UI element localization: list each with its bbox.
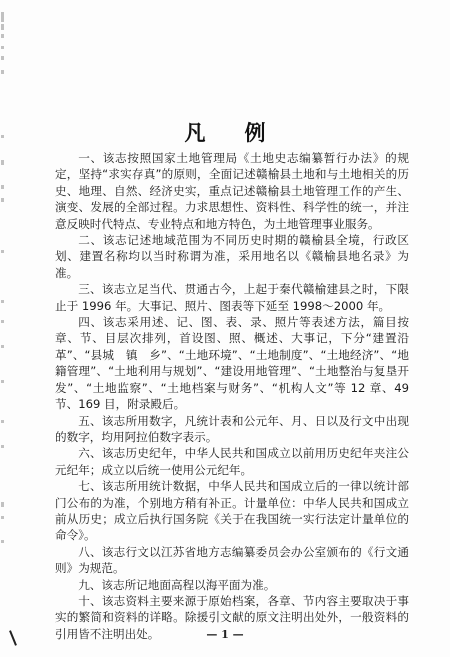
guidelines-body: 一、该志按照国家土地管理局《土地史志编纂暂行办法》的规定，坚持“求实存真”的原则… (55, 150, 409, 642)
title-char-1: 凡 (184, 117, 206, 147)
paragraph-9: 九、该志所记地面高程以海平面为准。 (55, 577, 409, 593)
paragraph-3: 三、该志立足当代、贯通古今，上起于秦代赣榆建县之时，下限止于 1996 年。大事… (55, 281, 409, 314)
scanned-page: 凡例 一、该志按照国家土地管理局《土地史志编纂暂行办法》的规定，坚持“求实存真”… (0, 0, 450, 657)
paragraph-8: 八、该志行文以江苏省地方志编纂委员会办公室颁布的《行文通则》为规范。 (55, 544, 409, 577)
paragraph-6: 六、该志历史纪年，中华人民共和国成立以前用历史纪年夹注公元纪年；成立以后统一使用… (55, 445, 409, 478)
title-char-2: 例 (244, 117, 266, 147)
page-number: — 1 — (0, 628, 450, 641)
page-title: 凡例 (0, 117, 450, 147)
paragraph-1: 一、该志按照国家土地管理局《土地史志编纂暂行办法》的规定，坚持“求实存真”的原则… (55, 150, 409, 232)
paragraph-5: 五、该志所用数字，凡统计表和公元年、月、日以及行文中出现的数字，均用阿拉伯数字表… (55, 413, 409, 446)
paragraph-4: 四、该志采用述、记、图、表、录、照片等表述方法，篇目按章、节、目层次排列，首设图… (55, 314, 409, 412)
paragraph-7: 七、该志所用统计数据，中华人民共和国成立后的一律以统计部门公布的为准，个别地方稍… (55, 478, 409, 544)
paragraph-2: 二、该志记述地域范围为不同历史时期的赣榆县全境，行政区划、建置名称均以当时称谓为… (55, 232, 409, 281)
binding-edge-marks (0, 0, 6, 657)
